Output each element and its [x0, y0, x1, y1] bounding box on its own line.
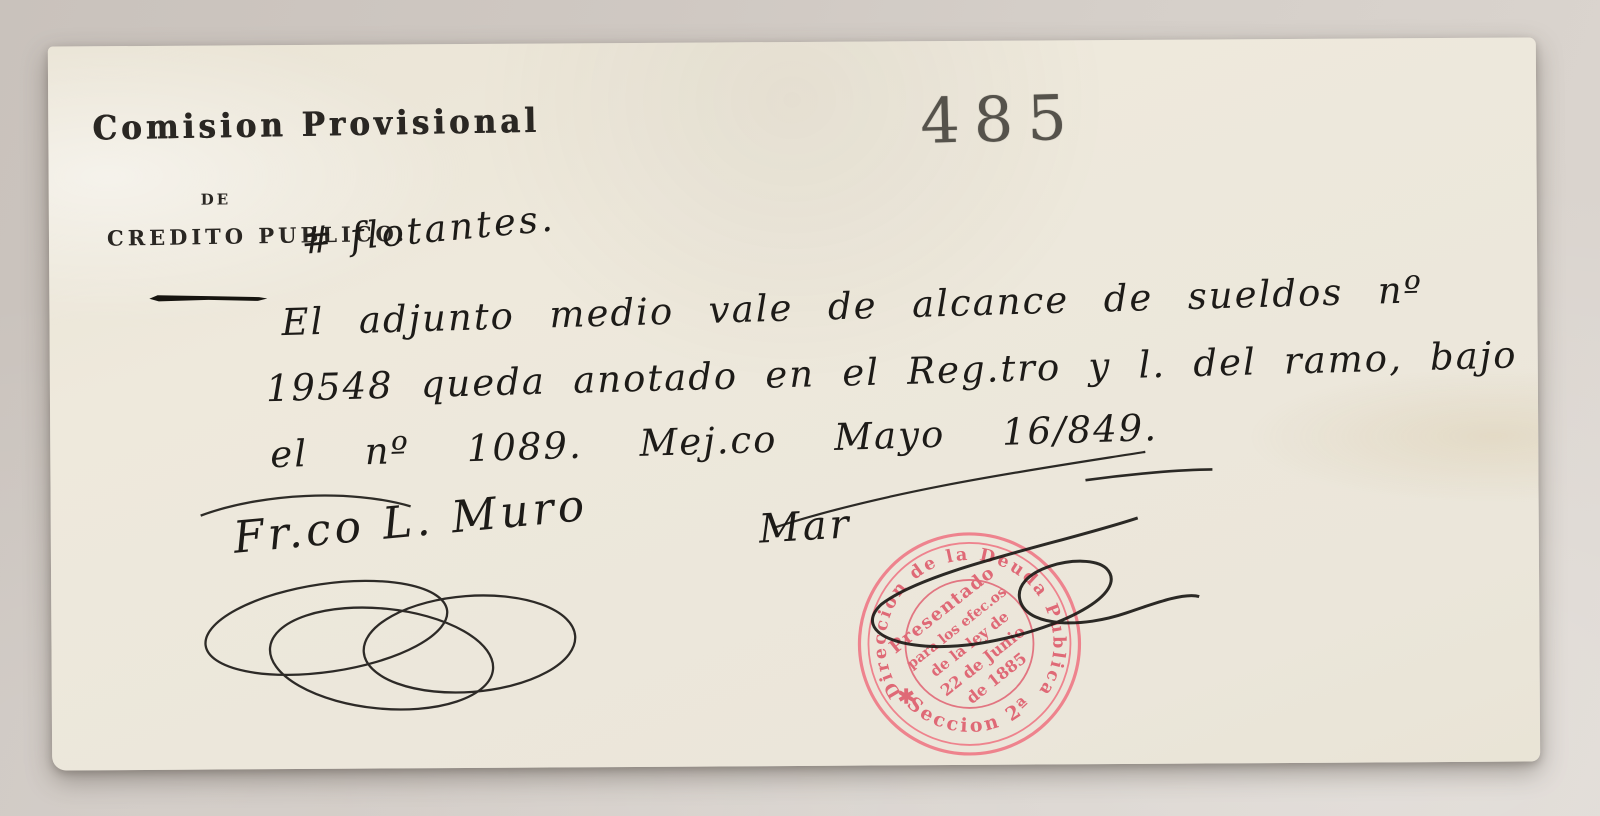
svg-text:Direccion de la Deuda Publica: Direccion de la Deuda Publica: [870, 544, 1069, 702]
letterhead-rule-dash: [149, 294, 267, 302]
flourish-loop-3: [360, 588, 579, 700]
signature-right-partial: Mar: [757, 501, 852, 552]
stamp-inner-line-5: de 1885: [963, 648, 1031, 707]
stamp-inner-line-4: 22 de Junio: [937, 621, 1029, 700]
stamp-ring-text-bottom: Seccion 2ª: [903, 692, 1038, 738]
stamp-outer-ring: [859, 533, 1080, 754]
stamp-star-icon: ✱: [898, 684, 915, 708]
letterhead-org-name: Comision Provisional: [92, 102, 540, 149]
flourish-loop-1: [199, 567, 453, 690]
body-line-3: el nº 1089. Mej.co Mayo 16/849.: [270, 406, 1159, 476]
svg-text:Seccion 2ª: Seccion 2ª: [903, 692, 1038, 738]
body-line-2: 19548 queda anotado en el Reg.tro y l. d…: [265, 333, 1518, 410]
signature-muro: Fr.co L. Muro: [231, 480, 590, 564]
stamp-second-ring: [868, 542, 1071, 745]
letterhead-de: DE: [201, 190, 232, 208]
stamp-inner-text-block: Presentado para los efec.os de la ley de…: [885, 562, 1052, 726]
body-line-1: El adjunto medio vale de alcance de suel…: [281, 268, 1424, 344]
flourish-loop-2: [265, 598, 498, 720]
folio-number-stamp: 485: [919, 81, 1081, 158]
stamp-inner-ring: [905, 580, 1034, 709]
signature-loop-over-stamp: [872, 518, 1200, 647]
stamp-inner-line-2: para los efec.os: [904, 584, 1010, 672]
stamp-inner-line-3: de la ley de: [927, 607, 1013, 680]
handwritten-annotation-flotantes: # flotantes.: [299, 196, 557, 263]
document-paper: Comision Provisional DE CREDITO PUBLICO.…: [48, 37, 1540, 770]
date-underline-stroke: [1085, 469, 1212, 480]
deuda-publica-stamp: Direccion de la Deuda Publica Seccion 2ª…: [859, 533, 1080, 754]
stamp-ring-text-top: Direccion de la Deuda Publica: [870, 544, 1069, 702]
stamp-inner-line-1: Presentado: [885, 562, 999, 658]
right-signature-flourish: [772, 451, 1213, 647]
